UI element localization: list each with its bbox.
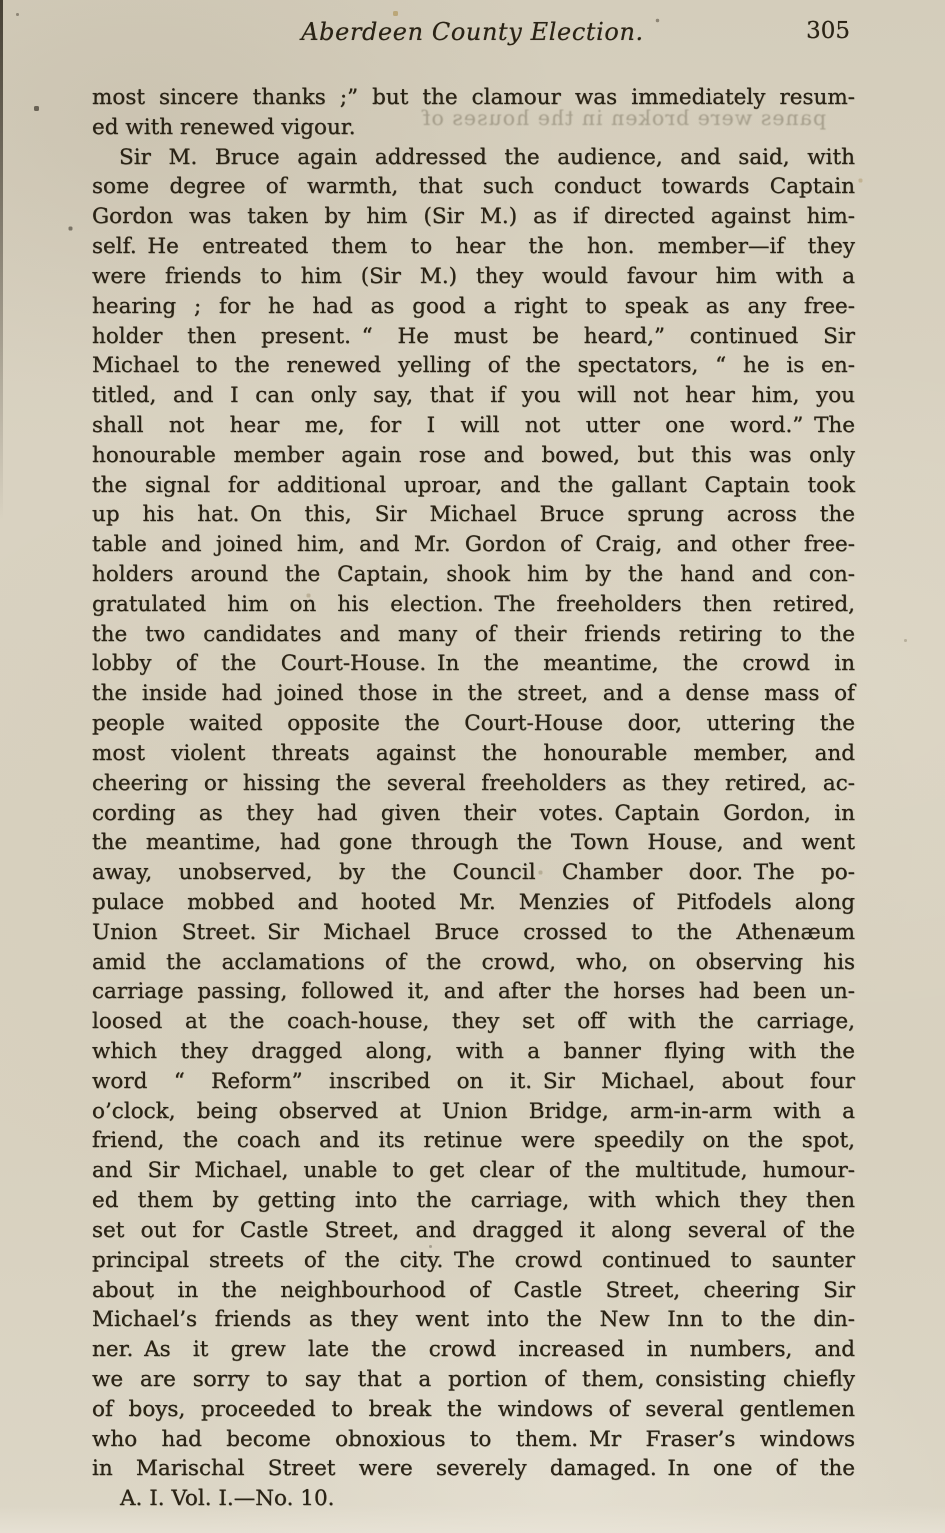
text-line: ed with renewed vigour. <box>92 113 855 143</box>
text-line: who had become obnoxious to them. Mr Fra… <box>92 1425 855 1455</box>
text-line: pulace mobbed and hooted Mr. Menzies of … <box>92 888 855 918</box>
page-number: 305 <box>806 18 850 44</box>
page-title: Aberdeen County Election. <box>92 18 853 46</box>
text-line: we are sorry to say that a portion of th… <box>92 1365 855 1395</box>
text-line: Michael’s friends as they went into the … <box>92 1305 855 1335</box>
text-line: were friends to him (Sir M.) they would … <box>92 262 855 292</box>
text-line: the meantime, had gone through the Town … <box>92 828 855 858</box>
text-line: friend, the coach and its retinue were s… <box>92 1126 855 1156</box>
text-line: o’clock, being observed at Union Bridge,… <box>92 1097 855 1127</box>
text-line: honourable member again rose and bowed, … <box>92 441 855 471</box>
text-line: cheering or hissing the several freehold… <box>92 769 855 799</box>
text-line: holder then present. “ He must be heard,… <box>92 322 855 352</box>
text-line: Michael to the renewed yelling of the sp… <box>92 351 855 381</box>
text-line: Gordon was taken by him (Sir M.) as if d… <box>92 202 855 232</box>
text-line: principal streets of the city. The crowd… <box>92 1246 855 1276</box>
text-line: ed them by getting into the carriage, wi… <box>92 1186 855 1216</box>
book-page-scan: Aberdeen County Election. 305 panes were… <box>0 0 945 1533</box>
text-line: which they dragged along, with a banner … <box>92 1037 855 1067</box>
text-line: away, unobserved, by the Council Chamber… <box>92 858 855 888</box>
text-line: some degree of warmth, that such conduct… <box>92 172 855 202</box>
text-line: hearing ; for he had as good a right to … <box>92 292 855 322</box>
text-line: most sincere thanks ;” but the clamour w… <box>92 83 855 113</box>
text-line: most violent threats against the honoura… <box>92 739 855 769</box>
printer-signature: A. I. Vol. I.—No. 10. <box>120 1484 334 1514</box>
running-head: Aberdeen County Election. 305 <box>92 18 853 52</box>
text-line: cording as they had given their votes. C… <box>92 799 855 829</box>
text-line: the inside had joined those in the stree… <box>92 679 855 709</box>
text-line: gratulated him on his election. The free… <box>92 590 855 620</box>
scan-edge-shadow <box>0 0 3 520</box>
text-line: of boys, proceeded to break the windows … <box>92 1395 855 1425</box>
text-line: and Sir Michael, unable to get clear of … <box>92 1156 855 1186</box>
text-line: about in the neighbourhood of Castle Str… <box>92 1276 855 1306</box>
text-line: self. He entreated them to hear the hon.… <box>92 232 855 262</box>
text-line: word “ Reform” inscribed on it. Sir Mich… <box>92 1067 855 1097</box>
text-line: amid the acclamations of the crowd, who,… <box>92 948 855 978</box>
text-line: loosed at the coach-house, they set off … <box>92 1007 855 1037</box>
text-line: in Marischal Street were severely damage… <box>92 1454 855 1484</box>
text-line: table and joined him, and Mr. Gordon of … <box>92 530 855 560</box>
text-line: Union Street. Sir Michael Bruce crossed … <box>92 918 855 948</box>
text-line: ner. As it grew late the crowd increased… <box>92 1335 855 1365</box>
text-line: titled, and I can only say, that if you … <box>92 381 855 411</box>
text-line: lobby of the Court-House. In the meantim… <box>92 649 855 679</box>
text-line: shall not hear me, for I will not utter … <box>92 411 855 441</box>
text-line: the two candidates and many of their fri… <box>92 620 855 650</box>
paper-specks <box>0 0 1 1</box>
text-line: carriage passing, followed it, and after… <box>92 977 855 1007</box>
text-line: Sir M. Bruce again addressed the audienc… <box>92 143 855 173</box>
text-line: holders around the Captain, shook him by… <box>92 560 855 590</box>
text-line: people waited opposite the Court-House d… <box>92 709 855 739</box>
text-line: set out for Castle Street, and dragged i… <box>92 1216 855 1246</box>
body-text: most sincere thanks ;” but the clamour w… <box>92 83 855 1484</box>
text-line: up his hat. On this, Sir Michael Bruce s… <box>92 500 855 530</box>
text-line: the signal for additional uproar, and th… <box>92 471 855 501</box>
